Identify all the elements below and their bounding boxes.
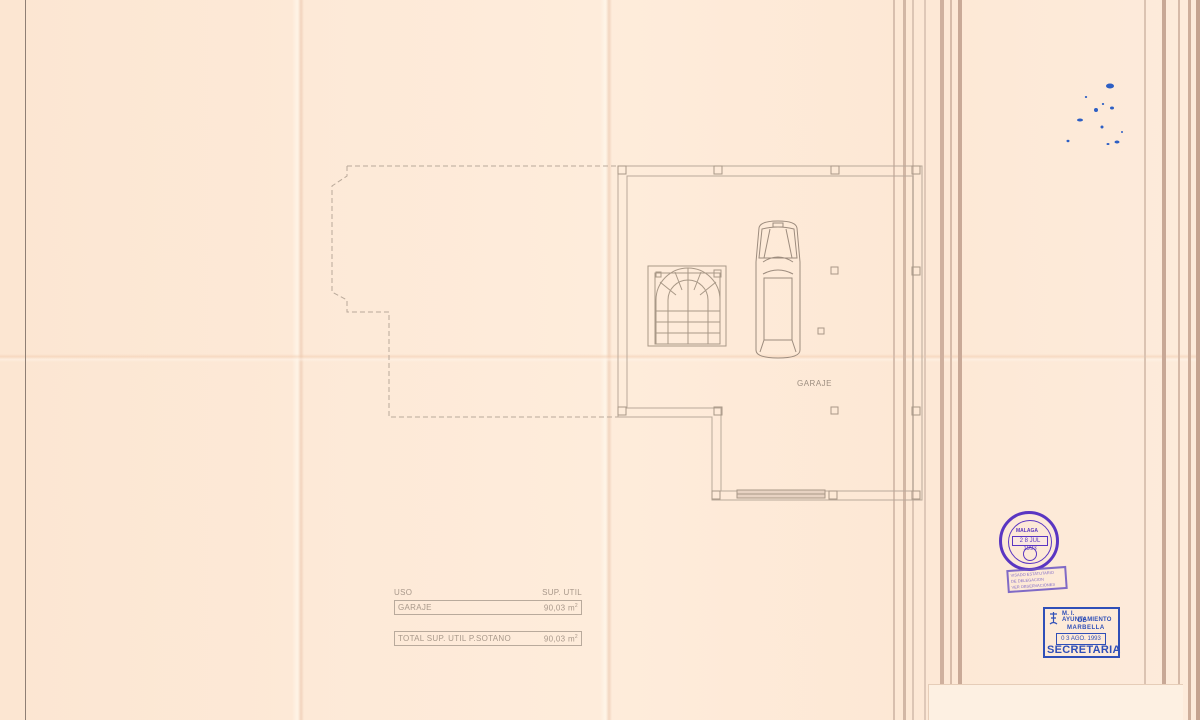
row-area: 90,03 m2: [544, 603, 578, 613]
ink-spots: [1050, 70, 1140, 150]
total-label: TOTAL SUP. UTIL P.SOTANO: [398, 634, 511, 643]
title-block-corner: [928, 684, 1183, 720]
area-table-total: TOTAL SUP. UTIL P.SOTANO 90,03 m2: [394, 631, 582, 646]
stamp-date: 2 8 JUL 1993: [1012, 536, 1048, 546]
stamp-emblem-icon: [1023, 547, 1037, 561]
car-symbol: [756, 221, 800, 358]
stamp-line: MARBELLA: [1067, 625, 1105, 631]
stair-symbol: [648, 266, 726, 346]
area-table-header: USO SUP. UTIL: [394, 588, 582, 600]
stamp-visado: VISADO ESTATUTARIO DE DELEGACION VER OBS…: [1006, 566, 1067, 593]
blueprint-sheet: GARAJE USO SUP. UTIL GARAJE 90,03 m2 TOT…: [0, 0, 1200, 720]
area-table: USO SUP. UTIL GARAJE 90,03 m2 TOTAL SUP.…: [394, 588, 582, 646]
stamp-colegio-arquitectos: MALAGA 2 8 JUL 1993: [999, 511, 1059, 571]
crest-icon: [1049, 612, 1058, 626]
stamp-ayuntamiento-marbella: M. I. AYUNTAMIENTO DE MARBELLA 0 3 AGO. …: [1043, 607, 1120, 658]
header-uso: USO: [394, 588, 412, 600]
header-sup-util: SUP. UTIL: [542, 588, 582, 600]
stamp-line: DE: [1078, 618, 1086, 624]
total-area: 90,03 m2: [544, 634, 578, 644]
stamp-line: SECRETARIA: [1047, 644, 1121, 656]
stamp-line: M. I. AYUNTAMIENTO: [1062, 611, 1118, 623]
floor-plan-drawing: [0, 0, 1200, 720]
stamp-city: MALAGA: [1016, 528, 1038, 534]
room-label-garaje: GARAJE: [797, 379, 832, 388]
row-use: GARAJE: [398, 603, 432, 612]
area-table-row: GARAJE 90,03 m2: [394, 600, 582, 615]
dashed-outline: [332, 166, 618, 417]
